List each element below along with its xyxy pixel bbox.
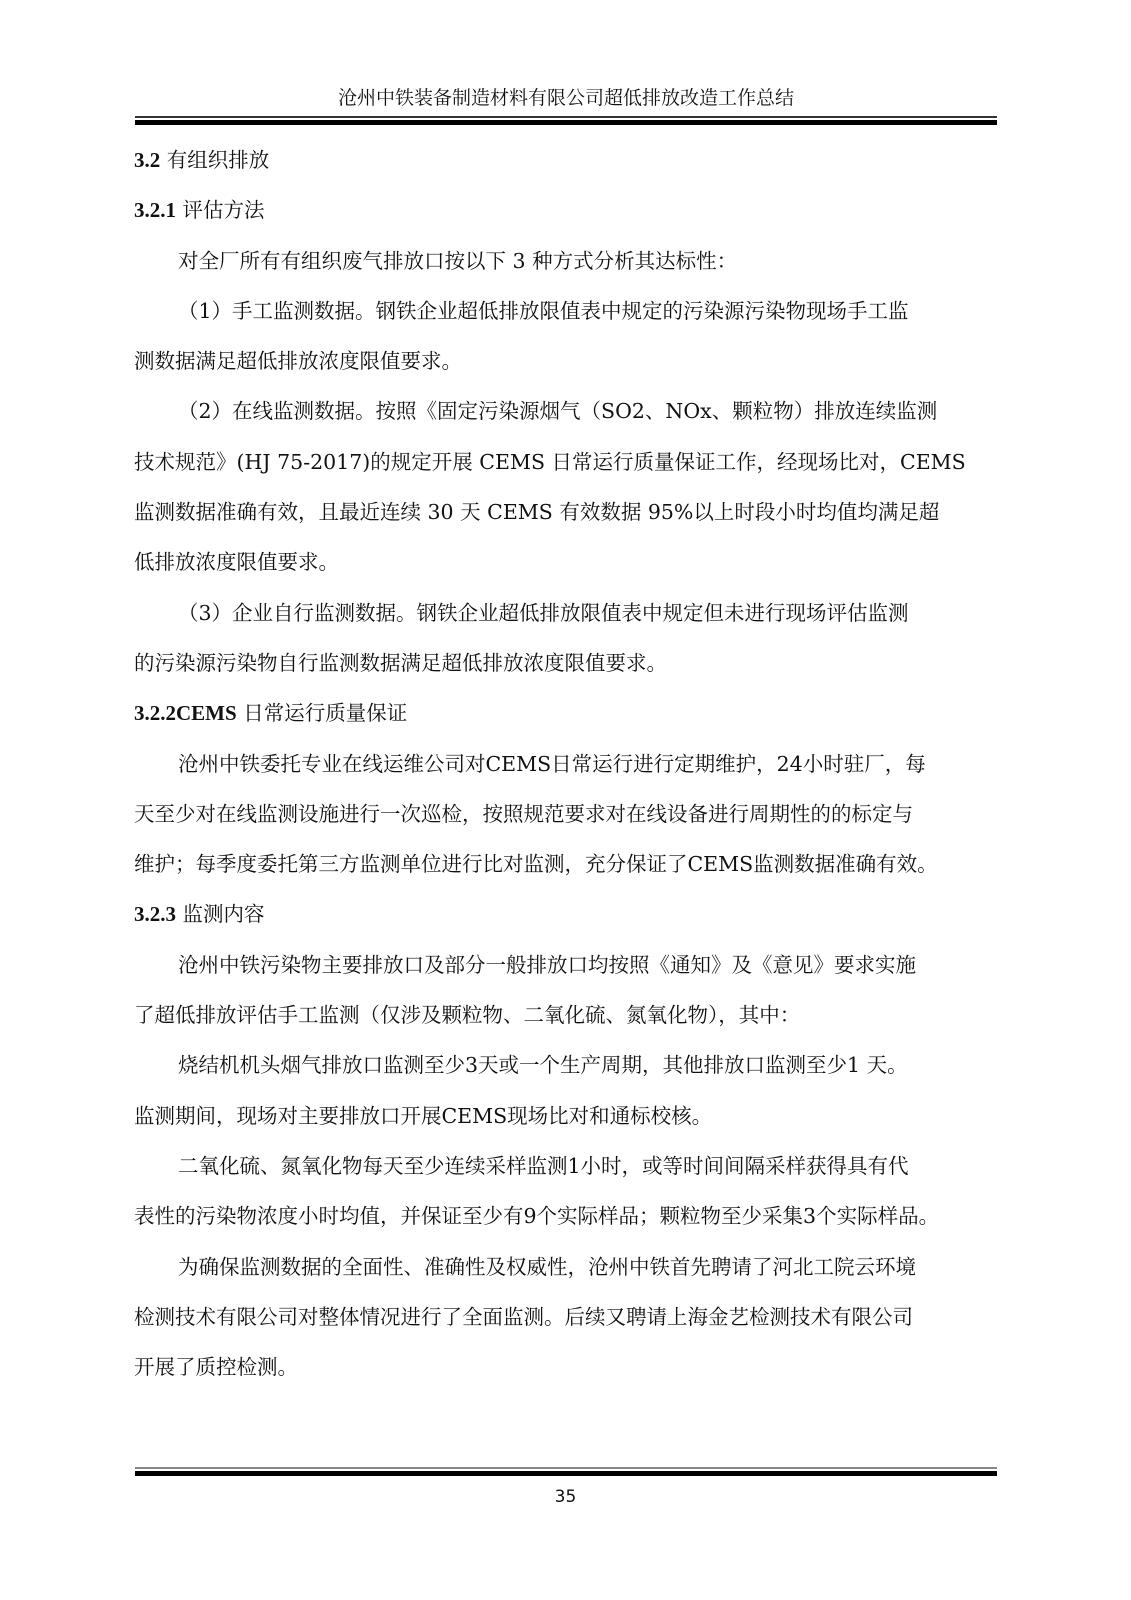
section-heading-3-2-1: 3.2.1 评估方法 bbox=[134, 195, 998, 245]
paragraph-line: 的污染源污染物自行监测数据满足超低排放浓度限值要求。 bbox=[134, 648, 998, 698]
paragraph-line: （3）企业自行监测数据。钢铁企业超低排放限值表中规定但未进行现场评估监测 bbox=[134, 598, 998, 648]
paragraph-line: 监测数据准确有效，且最近连续 30 天 CEMS 有效数据 95%以上时段小时均… bbox=[134, 497, 998, 547]
paragraph-line: 维护；每季度委托第三方监测单位进行比对监测，充分保证了CEMS监测数据准确有效。 bbox=[134, 849, 998, 899]
paragraph-line: 沧州中铁污染物主要排放口及部分一般排放口均按照《通知》及《意见》要求实施 bbox=[134, 950, 998, 1000]
paragraph-line: 监测期间，现场对主要排放口开展CEMS现场比对和通标校核。 bbox=[134, 1101, 998, 1151]
paragraph-line: （2）在线监测数据。按照《固定污染源烟气（SO2、NOx、颗粒物）排放连续监测 bbox=[134, 396, 998, 446]
section-heading-3-2: 3.2 有组织排放 bbox=[134, 145, 998, 195]
running-header: 沧州中铁装备制造材料有限公司超低排放改造工作总结 bbox=[135, 86, 997, 110]
paragraph-line: 二氧化硫、氮氧化物每天至少连续采样监测1小时，或等时间间隔采样获得具有代 bbox=[134, 1151, 998, 1201]
footer-rule bbox=[135, 1467, 997, 1476]
paragraph-line: 技术规范》(HJ 75-2017)的规定开展 CEMS 日常运行质量保证工作，经… bbox=[134, 447, 998, 497]
page-number: 35 bbox=[0, 1487, 1131, 1507]
paragraph-line: 测数据满足超低排放浓度限值要求。 bbox=[134, 346, 998, 396]
paragraph-line: 烧结机机头烟气排放口监测至少3天或一个生产周期，其他排放口监测至少1 天。 bbox=[134, 1050, 998, 1100]
paragraph-line: 了超低排放评估手工监测（仅涉及颗粒物、二氧化硫、氮氧化物），其中： bbox=[134, 1000, 998, 1050]
header-rule bbox=[135, 116, 997, 125]
paragraph-line: 天至少对在线监测设施进行一次巡检，按照规范要求对在线设备进行周期性的的标定与 bbox=[134, 799, 998, 849]
paragraph-line: （1）手工监测数据。钢铁企业超低排放限值表中规定的污染源污染物现场手工监 bbox=[134, 296, 998, 346]
section-heading-3-2-2: 3.2.2CEMS 日常运行质量保证 bbox=[134, 698, 998, 748]
paragraph-line: 表性的污染物浓度小时均值，并保证至少有9个实际样品；颗粒物至少采集3个实际样品。 bbox=[134, 1201, 998, 1251]
paragraph-line: 低排放浓度限值要求。 bbox=[134, 547, 998, 597]
paragraph-line: 为确保监测数据的全面性、准确性及权威性，沧州中铁首先聘请了河北工院云环境 bbox=[134, 1252, 998, 1302]
paragraph-line: 对全厂所有有组织废气排放口按以下 3 种方式分析其达标性： bbox=[134, 246, 998, 296]
section-heading-3-2-3: 3.2.3 监测内容 bbox=[134, 899, 998, 949]
page-body: 3.2 有组织排放 3.2.1 评估方法 对全厂所有有组织废气排放口按以下 3 … bbox=[134, 145, 998, 1402]
paragraph-line: 开展了质控检测。 bbox=[134, 1352, 998, 1402]
paragraph-line: 沧州中铁委托专业在线运维公司对CEMS日常运行进行定期维护，24小时驻厂，每 bbox=[134, 749, 998, 799]
paragraph-line: 检测技术有限公司对整体情况进行了全面监测。后续又聘请上海金艺检测技术有限公司 bbox=[134, 1302, 998, 1352]
